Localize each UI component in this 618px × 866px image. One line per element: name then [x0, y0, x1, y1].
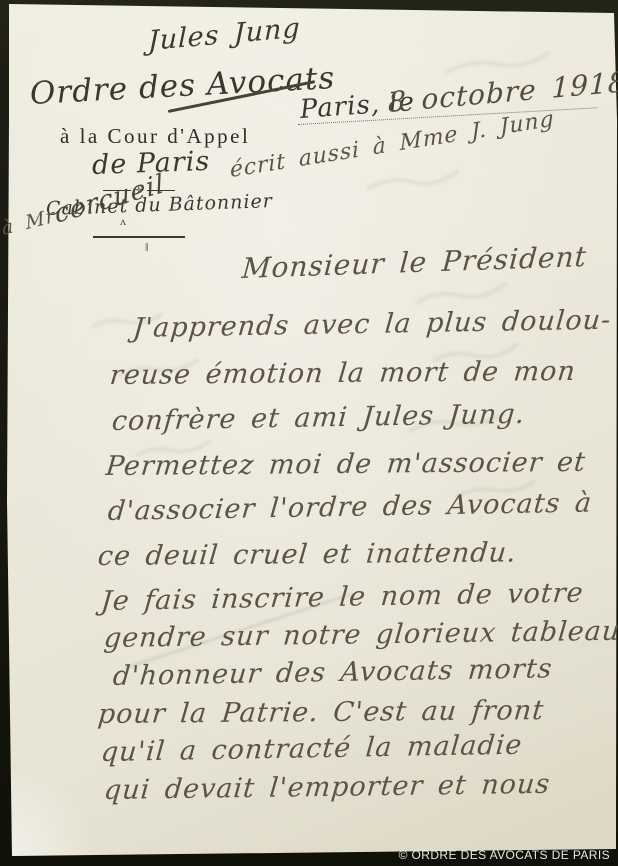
copyright-watermark: © ORDRE DES AVOCATS DE PARIS [399, 848, 610, 862]
body-line: qui devait l'emporter et nous [103, 769, 552, 806]
double-bar-mark: ‖ [145, 240, 148, 255]
body-line: pour la Patrie. C'est au front [97, 695, 546, 730]
body-line: reuse émotion la mort de mon [109, 356, 578, 391]
body-line: Permettez moi de m'associer et [105, 447, 588, 482]
insertion-caret-mark: ʌ [120, 214, 126, 229]
letterhead-underline [93, 236, 185, 238]
letterhead-court-line: à la Cour d'Appel [60, 124, 250, 149]
scan-photo-background: Ordre des Avocats à la Cour d'Appel de P… [0, 0, 618, 866]
body-line: ce deuil cruel et inattendu. [97, 537, 519, 572]
